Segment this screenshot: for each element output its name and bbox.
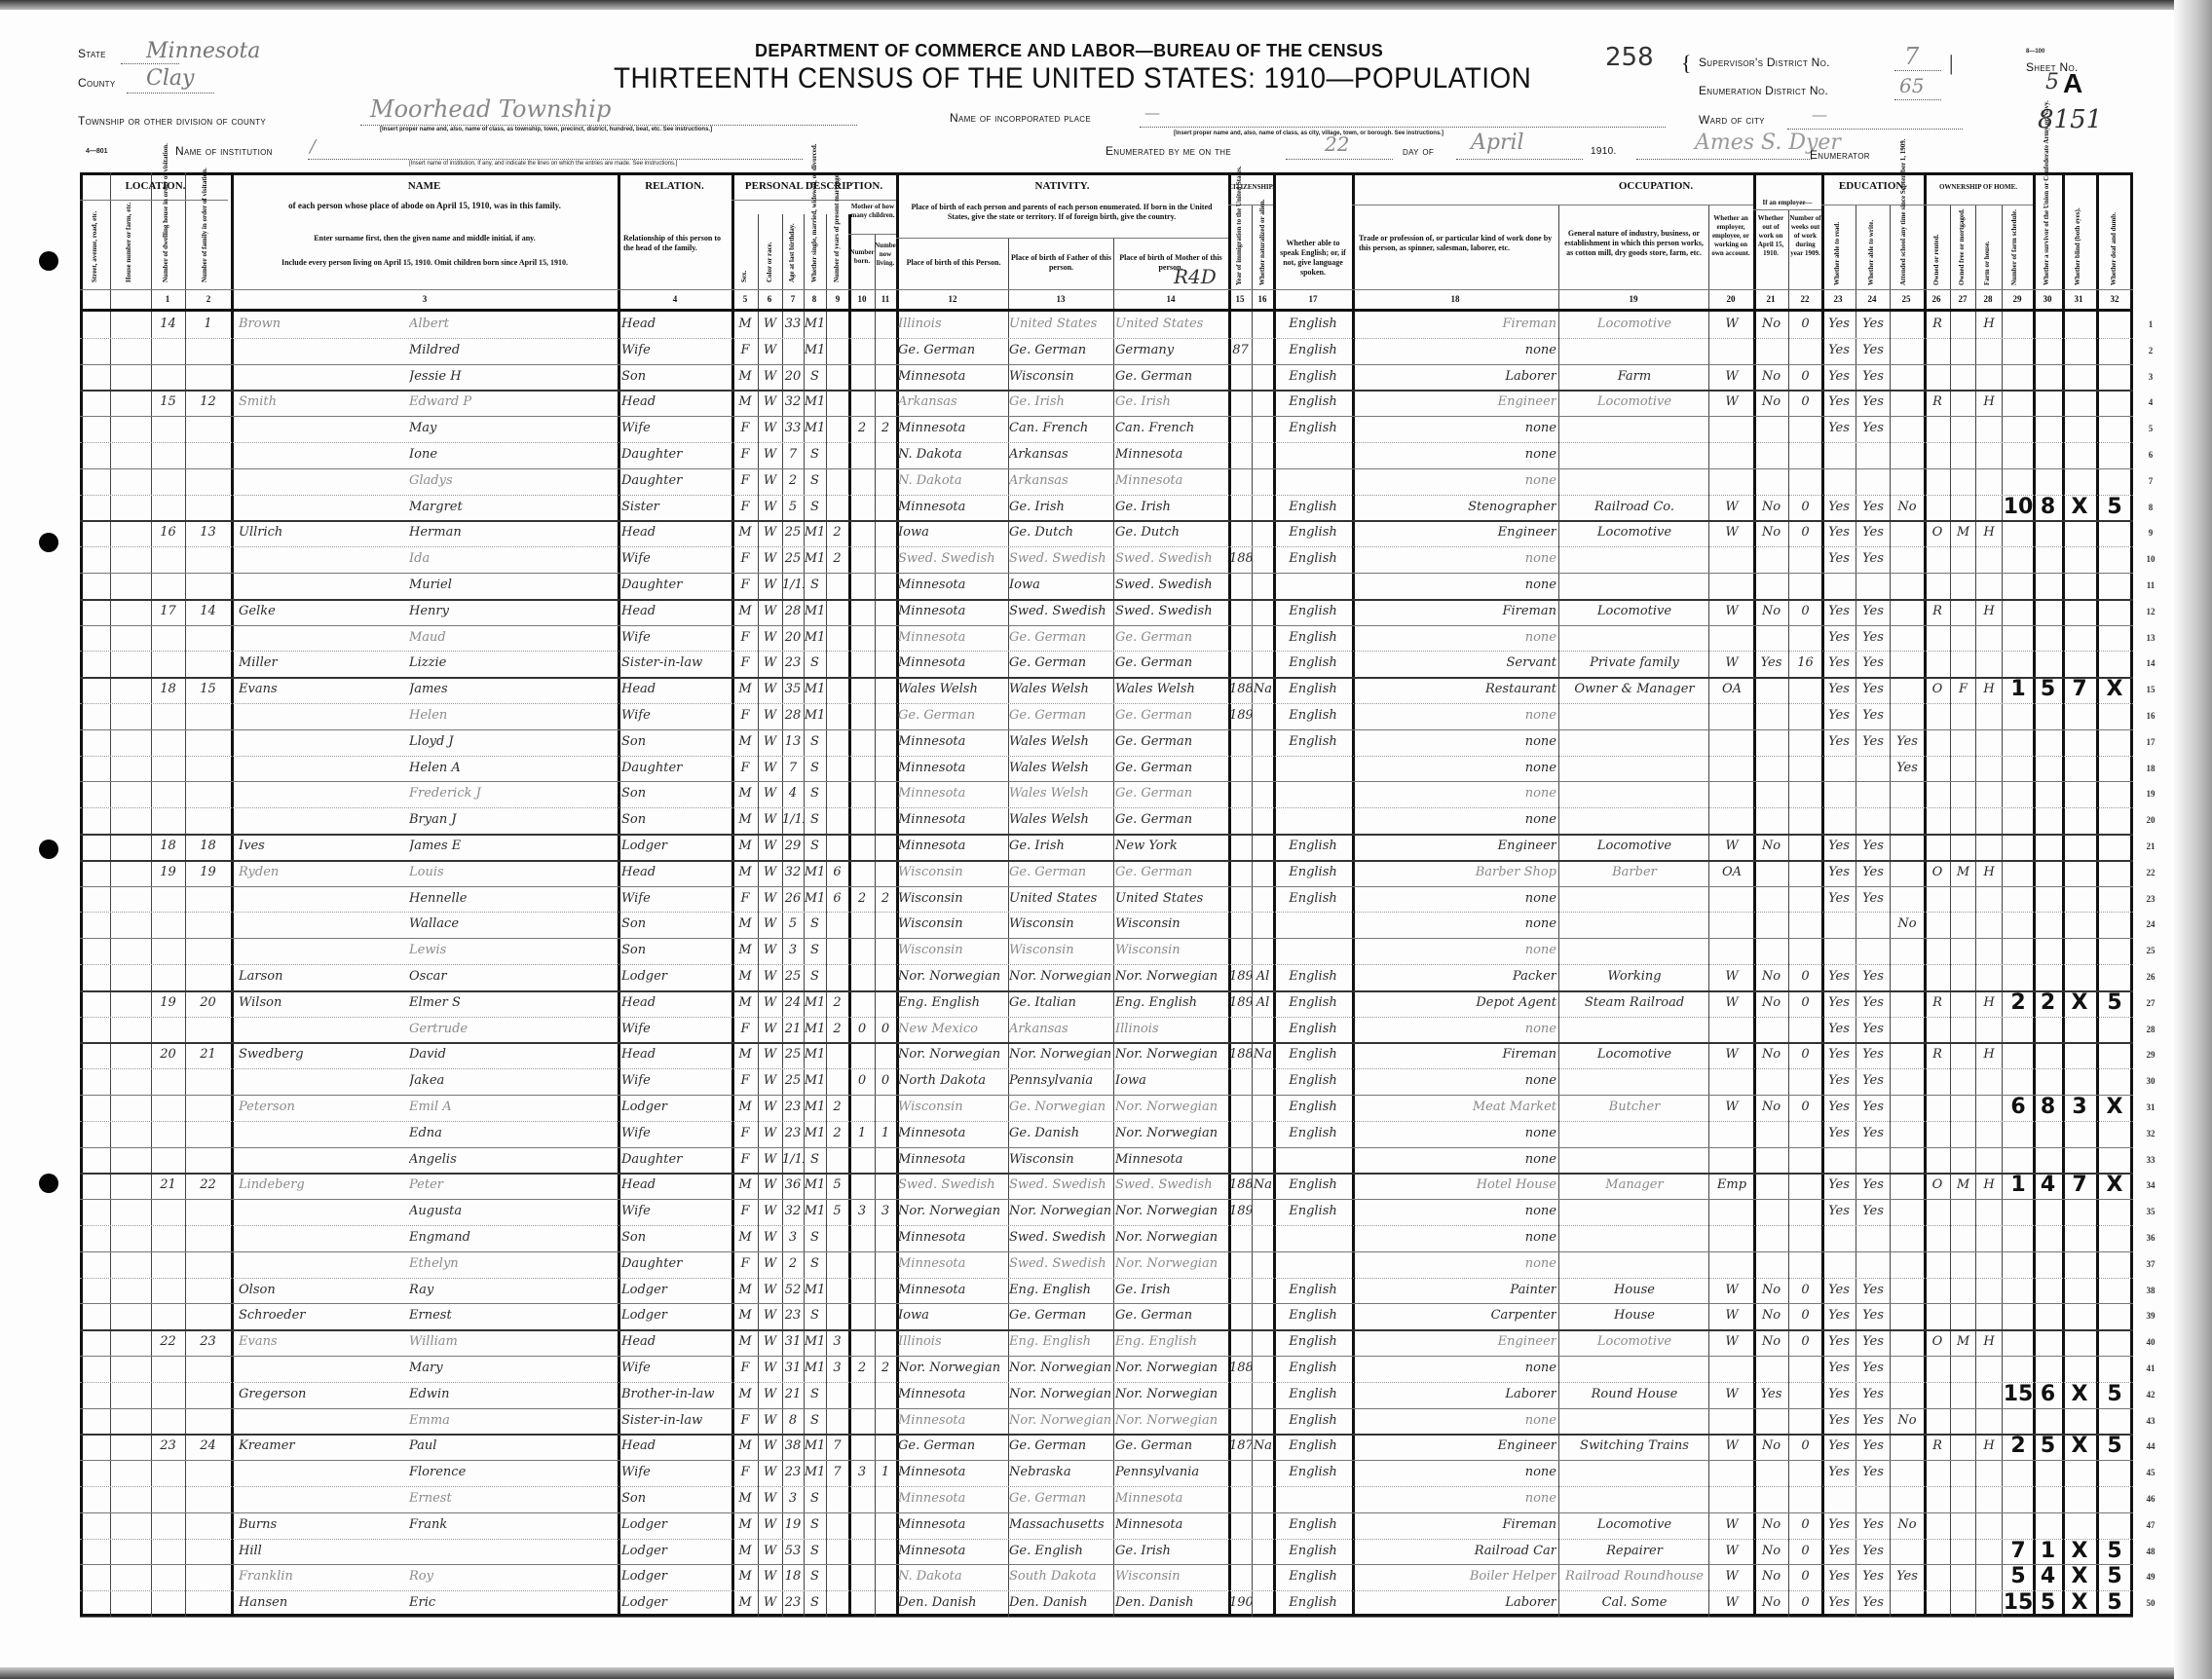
cell-nat (1253, 1068, 1273, 1095)
cell-rd: Yes (1822, 860, 1856, 886)
cell-emp: Emp (1710, 1173, 1753, 1199)
cell-living: 2 (875, 1356, 896, 1382)
cell-ms: M1 (804, 1095, 826, 1121)
cell-farm: H (1976, 1173, 2002, 1199)
cell-living (875, 1173, 896, 1199)
cell-x4 (2097, 703, 2132, 729)
cell-x1 (2003, 1225, 2034, 1251)
cell-sex: F (732, 1068, 758, 1095)
cell-ind: Barber (1562, 860, 1706, 886)
cell-farm: H (1976, 1042, 2002, 1068)
cell-pob: Illinois (898, 1329, 1007, 1356)
cell-farm (1976, 1303, 2002, 1329)
hdr-deaf: Whether deaf and dumb. (2110, 180, 2118, 285)
cell-given: May (409, 416, 614, 442)
cell-x2: 1 (2034, 1539, 2062, 1565)
hdr-industry: General nature of industry, business, or… (1563, 229, 1705, 258)
cell-ms: S (804, 807, 826, 834)
cell-lang: English (1275, 520, 1351, 546)
cell-emp (1710, 1121, 1753, 1147)
cell-race: W (758, 729, 782, 756)
cell-wr (1856, 807, 1890, 834)
cell-sch (1891, 1068, 1924, 1095)
cell-sch: Yes (1891, 1564, 1924, 1590)
cell-trade: none (1356, 573, 1556, 599)
cell-x2 (2034, 364, 2062, 391)
cell-surname: Hansen (239, 1590, 404, 1617)
cell-pobm: Ge. Irish (1115, 1539, 1227, 1565)
cell-given: Lewis (409, 938, 614, 964)
cell-x3 (2063, 964, 2096, 990)
cell-x2 (2034, 312, 2062, 338)
cell-pobf: South Dakota (1009, 1564, 1112, 1590)
cell-rd: Yes (1822, 1460, 1856, 1486)
cell-rel: Wife (621, 416, 729, 442)
cell-dw (151, 1408, 185, 1435)
cell-ms: S (804, 573, 826, 599)
cell-ms: S (804, 756, 826, 782)
cell-pob: Minnesota (898, 1539, 1007, 1565)
cell-given: Herman (409, 520, 614, 546)
cell-pobm: Can. French (1115, 416, 1227, 442)
cell-ind (1562, 1251, 1706, 1278)
cell-sch (1891, 1356, 1924, 1382)
cell-ym (826, 1042, 848, 1068)
cell-ym (826, 807, 848, 834)
cell-x3 (2063, 1486, 2096, 1512)
cell-age: 28 (782, 703, 804, 729)
cell-sex: M (732, 938, 758, 964)
cell-out (1754, 1460, 1788, 1486)
cell-born: 3 (849, 1460, 875, 1486)
cell-ind: Locomotive (1562, 1042, 1706, 1068)
hdr-school: Attended school any time since September… (1899, 209, 1907, 285)
cell-free (1951, 338, 1975, 364)
cell-given: Lizzie (409, 651, 614, 677)
cell-pobf: Ge. English (1009, 1539, 1112, 1565)
cell-wr (1856, 442, 1890, 468)
cell-wk (1789, 1068, 1821, 1095)
cell-wr (1856, 1225, 1890, 1251)
cell-dw: 19 (151, 860, 185, 886)
cell-own (1925, 1303, 1950, 1329)
cell-farm (1976, 1278, 2002, 1304)
cell-pobm: Wisconsin (1115, 938, 1227, 964)
county-value: Clay (146, 66, 194, 91)
cell-free (1951, 364, 1975, 391)
cell-ind: Switching Trains (1562, 1434, 1706, 1460)
cell-wr: Yes (1856, 1408, 1890, 1435)
cell-x4 (2097, 964, 2132, 990)
cell-free (1951, 468, 1975, 495)
cell-given: Roy (409, 1564, 614, 1590)
cell-sex: M (732, 964, 758, 990)
cell-nat: Na (1253, 1434, 1273, 1460)
cell-age: 2 (782, 468, 804, 495)
cell-ms: M1 (804, 416, 826, 442)
cell-lang (1275, 807, 1351, 834)
cell-out (1754, 1147, 1788, 1174)
cell-x3: 7 (2063, 1173, 2096, 1199)
cell-ym (826, 599, 848, 625)
cell-wk: 0 (1789, 1590, 1821, 1617)
cell-given: Jessie H (409, 364, 614, 391)
hdr-veteran: Whether a survivor of the Union or Confe… (2043, 180, 2050, 285)
cell-ms: M1 (804, 1199, 826, 1225)
cell-race: W (758, 1303, 782, 1329)
cell-nat (1253, 1564, 1273, 1590)
cell-ms: S (804, 1225, 826, 1251)
cell-rd: Yes (1822, 1408, 1856, 1435)
cell-born (849, 729, 875, 756)
cell-sex: F (732, 338, 758, 364)
enumerated-day: 22 (1325, 132, 1349, 156)
cell-pobf: Wisconsin (1009, 912, 1112, 938)
cell-sch (1891, 416, 1924, 442)
cell-given: Helen A (409, 756, 614, 782)
cell-ind (1562, 546, 1706, 573)
cell-fam (185, 1121, 231, 1147)
cell-sch (1891, 964, 1924, 990)
cell-trade: none (1356, 1460, 1556, 1486)
cell-sch (1891, 1042, 1924, 1068)
cell-rd (1822, 781, 1856, 807)
cell-ym (826, 1251, 848, 1278)
institution-note: [Insert name of institution, if any, and… (409, 161, 677, 167)
cell-wr (1856, 468, 1890, 495)
cell-farm (1976, 625, 2002, 652)
cell-emp: W (1710, 312, 1753, 338)
cell-sex: F (732, 703, 758, 729)
cell-trade: Painter (1356, 1278, 1556, 1304)
cell-rel: Sister (621, 495, 729, 521)
cell-x2 (2034, 912, 2062, 938)
cell-rel: Head (621, 1434, 729, 1460)
cell-born (849, 1564, 875, 1590)
cell-born (849, 1303, 875, 1329)
cell-pob: Ge. German (898, 703, 1007, 729)
cell-pobm: Ge. German (1115, 1434, 1227, 1460)
row-number: 7 (2141, 476, 2160, 486)
cell-fam (185, 1590, 231, 1617)
cell-x2 (2034, 573, 2062, 599)
cell-lang: English (1275, 651, 1351, 677)
cell-emp (1710, 1251, 1753, 1278)
row-number: 27 (2141, 998, 2160, 1008)
cell-fam (185, 468, 231, 495)
cell-rd (1822, 442, 1856, 468)
cell-pobm: Minnesota (1115, 1512, 1227, 1539)
cell-dw (151, 912, 185, 938)
cell-living (875, 390, 896, 416)
cell-x1 (2003, 1147, 2034, 1174)
cell-dw (151, 651, 185, 677)
cell-imm (1229, 756, 1252, 782)
cell-wk: 0 (1789, 1278, 1821, 1304)
column-number: 6 (758, 294, 781, 304)
cell-rd: Yes (1822, 1199, 1856, 1225)
cell-free (1951, 781, 1975, 807)
cell-own (1925, 886, 1950, 913)
cell-born: 3 (849, 1199, 875, 1225)
cell-sch (1891, 599, 1924, 625)
cell-surname (239, 729, 404, 756)
cell-lang: English (1275, 1017, 1351, 1043)
cell-out (1754, 416, 1788, 442)
cell-fam (185, 495, 231, 521)
cell-surname (239, 1225, 404, 1251)
cell-living (875, 1278, 896, 1304)
cell-age: 25 (782, 546, 804, 573)
cell-lang: English (1275, 1199, 1351, 1225)
cell-surname (239, 1121, 404, 1147)
cell-x4 (2097, 573, 2132, 599)
cell-wk: 0 (1789, 1539, 1821, 1565)
cell-sex: M (732, 1329, 758, 1356)
cell-farm (1976, 1539, 2002, 1565)
cell-pob: N. Dakota (898, 1564, 1007, 1590)
cell-ym (826, 364, 848, 391)
cell-nat (1253, 338, 1273, 364)
cell-ms: M1 (804, 1329, 826, 1356)
cell-trade: none (1356, 1356, 1556, 1382)
cell-born (849, 338, 875, 364)
cell-emp: W (1710, 1303, 1753, 1329)
cell-wr: Yes (1856, 834, 1890, 860)
cell-dw (151, 756, 185, 782)
cell-rel: Son (621, 1225, 729, 1251)
cell-sex: M (732, 1486, 758, 1512)
cell-sch (1891, 625, 1924, 652)
cell-rd: Yes (1822, 1539, 1856, 1565)
cell-trade: Fireman (1356, 1512, 1556, 1539)
cell-pobf: Ge. German (1009, 1486, 1112, 1512)
cell-x4 (2097, 1460, 2132, 1486)
cell-born (849, 860, 875, 886)
cell-rel: Daughter (621, 468, 729, 495)
cell-nat (1253, 1225, 1273, 1251)
cell-emp: OA (1710, 860, 1753, 886)
cell-sch (1891, 1590, 1924, 1617)
cell-born (849, 1278, 875, 1304)
cell-rd: Yes (1822, 651, 1856, 677)
cell-farm: H (1976, 1434, 2002, 1460)
cell-living (875, 1590, 896, 1617)
cell-living (875, 834, 896, 860)
cell-pobf: Wisconsin (1009, 938, 1112, 964)
cell-free (1951, 807, 1975, 834)
cell-given: Maud (409, 625, 614, 652)
hdr-house: House number or farm, etc. (125, 205, 132, 282)
cell-wr: Yes (1856, 1042, 1890, 1068)
cell-pobm: Illinois (1115, 1017, 1227, 1043)
cell-free: M (1951, 860, 1975, 886)
cell-pob: Arkansas (898, 390, 1007, 416)
cell-rel: Wife (621, 1068, 729, 1095)
cell-out (1754, 1068, 1788, 1095)
cell-nat (1253, 938, 1273, 964)
cell-given: Eric (409, 1590, 614, 1617)
cell-free (1951, 834, 1975, 860)
cell-race: W (758, 1512, 782, 1539)
cell-rd (1822, 756, 1856, 782)
cell-own (1925, 625, 1950, 652)
cell-x1 (2003, 1017, 2034, 1043)
column-number: 17 (1301, 294, 1325, 304)
cell-sex: M (732, 1434, 758, 1460)
cell-fam (185, 781, 231, 807)
cell-x3 (2063, 1017, 2096, 1043)
cell-lang: English (1275, 703, 1351, 729)
cell-pobf: Nor. Norwegian (1009, 964, 1112, 990)
cell-emp: W (1710, 1590, 1753, 1617)
cell-free (1951, 1486, 1975, 1512)
cell-lang: English (1275, 886, 1351, 913)
cell-x2 (2034, 1121, 2062, 1147)
cell-sch (1891, 1017, 1924, 1043)
cell-ms: M1 (804, 520, 826, 546)
hdr-farm: Farm or house. (1983, 209, 1991, 285)
cell-out (1754, 729, 1788, 756)
cell-pobf: Den. Danish (1009, 1590, 1112, 1617)
cell-pobf: Ge. Norwegian (1009, 1095, 1112, 1121)
cell-sch (1891, 781, 1924, 807)
hdr-marital: Whether single, married, widowed, or div… (810, 205, 818, 282)
cell-rel: Head (621, 990, 729, 1017)
cell-pobm: Minnesota (1115, 1486, 1227, 1512)
row-number: 8 (2141, 503, 2160, 512)
cell-ind: Locomotive (1562, 390, 1706, 416)
cell-living (875, 912, 896, 938)
cell-race: W (758, 599, 782, 625)
cell-ms: M1 (804, 1017, 826, 1043)
cell-lang: English (1275, 1121, 1351, 1147)
cell-x4 (2097, 338, 2132, 364)
cell-sch (1891, 1121, 1924, 1147)
cell-surname: Gelke (239, 599, 404, 625)
cell-ind (1562, 1356, 1706, 1382)
scan-top-edge (0, 0, 2212, 10)
enumerator-underline (1636, 159, 1812, 160)
cell-farm (1976, 1251, 2002, 1278)
cell-ms: S (804, 964, 826, 990)
cell-x3 (2063, 520, 2096, 546)
cell-sch (1891, 677, 1924, 703)
cell-sex: M (732, 312, 758, 338)
cell-fam (185, 729, 231, 756)
cell-x4 (2097, 1278, 2132, 1304)
hdr-employer: Whether an employer, employee, or workin… (1710, 214, 1751, 258)
cell-nat: Na (1253, 677, 1273, 703)
cell-x4: 5 (2097, 1382, 2132, 1408)
row-number: 31 (2141, 1102, 2160, 1112)
cell-born (849, 1225, 875, 1251)
column-number: 7 (781, 294, 805, 304)
cell-emp (1710, 546, 1753, 573)
cell-x2 (2034, 1303, 2062, 1329)
cell-farm: H (1976, 390, 2002, 416)
cell-nat (1253, 546, 1273, 573)
cell-rel: Lodger (621, 964, 729, 990)
cell-trade: Barber Shop (1356, 860, 1556, 886)
cell-sex: M (732, 1564, 758, 1590)
cell-own (1925, 1278, 1950, 1304)
cell-sex: M (732, 1278, 758, 1304)
cell-sch: Yes (1891, 756, 1924, 782)
cell-fam: 1 (185, 312, 231, 338)
cell-own (1925, 546, 1950, 573)
cell-dw: 22 (151, 1329, 185, 1356)
cell-ind: Locomotive (1562, 1329, 1706, 1356)
cell-x4 (2097, 781, 2132, 807)
cell-sex: M (732, 1590, 758, 1617)
cell-imm (1229, 1251, 1252, 1278)
hdr-trade: Trade or profession of, or particular ki… (1359, 234, 1554, 253)
cell-fam (185, 807, 231, 834)
cell-nat (1253, 1539, 1273, 1565)
cell-farm (1976, 1147, 2002, 1174)
column-number: 3 (413, 294, 436, 304)
cell-x2: 8 (2034, 1095, 2062, 1121)
cell-rd: Yes (1822, 1068, 1856, 1095)
cell-sex: M (732, 364, 758, 391)
cell-wr: Yes (1856, 312, 1890, 338)
cell-ym (826, 1382, 848, 1408)
cell-age: 36 (782, 1173, 804, 1199)
cell-emp (1710, 1199, 1753, 1225)
enumerator-label: Enumerator (1810, 148, 1870, 162)
cell-wr (1856, 781, 1890, 807)
cell-x1 (2003, 1512, 2034, 1539)
cell-given: James E (409, 834, 614, 860)
cell-rel: Wife (621, 1356, 729, 1382)
cell-rd: Yes (1822, 1121, 1856, 1147)
cell-dw (151, 1356, 185, 1382)
cell-ym (826, 964, 848, 990)
cell-race: W (758, 1590, 782, 1617)
cell-emp (1710, 1225, 1753, 1251)
cell-x3 (2063, 912, 2096, 938)
cell-free (1951, 1512, 1975, 1539)
cell-dw (151, 886, 185, 913)
cell-surname (239, 756, 404, 782)
cell-free (1951, 1147, 1975, 1174)
cell-free (1951, 1408, 1975, 1435)
cell-ind: Butcher (1562, 1095, 1706, 1121)
cell-fam (185, 573, 231, 599)
cell-born (849, 964, 875, 990)
cell-pobm: Swed. Swedish (1115, 1173, 1227, 1199)
cell-x3: X (2063, 495, 2096, 521)
cell-pob: N. Dakota (898, 468, 1007, 495)
cell-sch (1891, 1225, 1924, 1251)
cell-race: W (758, 1486, 782, 1512)
cell-ym: 6 (826, 886, 848, 913)
cell-ind: Working (1562, 964, 1706, 990)
cell-born (849, 390, 875, 416)
cell-ym (826, 1539, 848, 1565)
cell-pobf: Wisconsin (1009, 1147, 1112, 1174)
column-number: 24 (1860, 294, 1884, 304)
cell-sch (1891, 651, 1924, 677)
row-number: 23 (2141, 894, 2160, 904)
cell-age: 7 (782, 442, 804, 468)
cell-sex: F (732, 468, 758, 495)
cell-dw: 15 (151, 390, 185, 416)
cell-trade: Carpenter (1356, 1303, 1556, 1329)
cell-x2 (2034, 1512, 2062, 1539)
cell-rd: Yes (1822, 964, 1856, 990)
